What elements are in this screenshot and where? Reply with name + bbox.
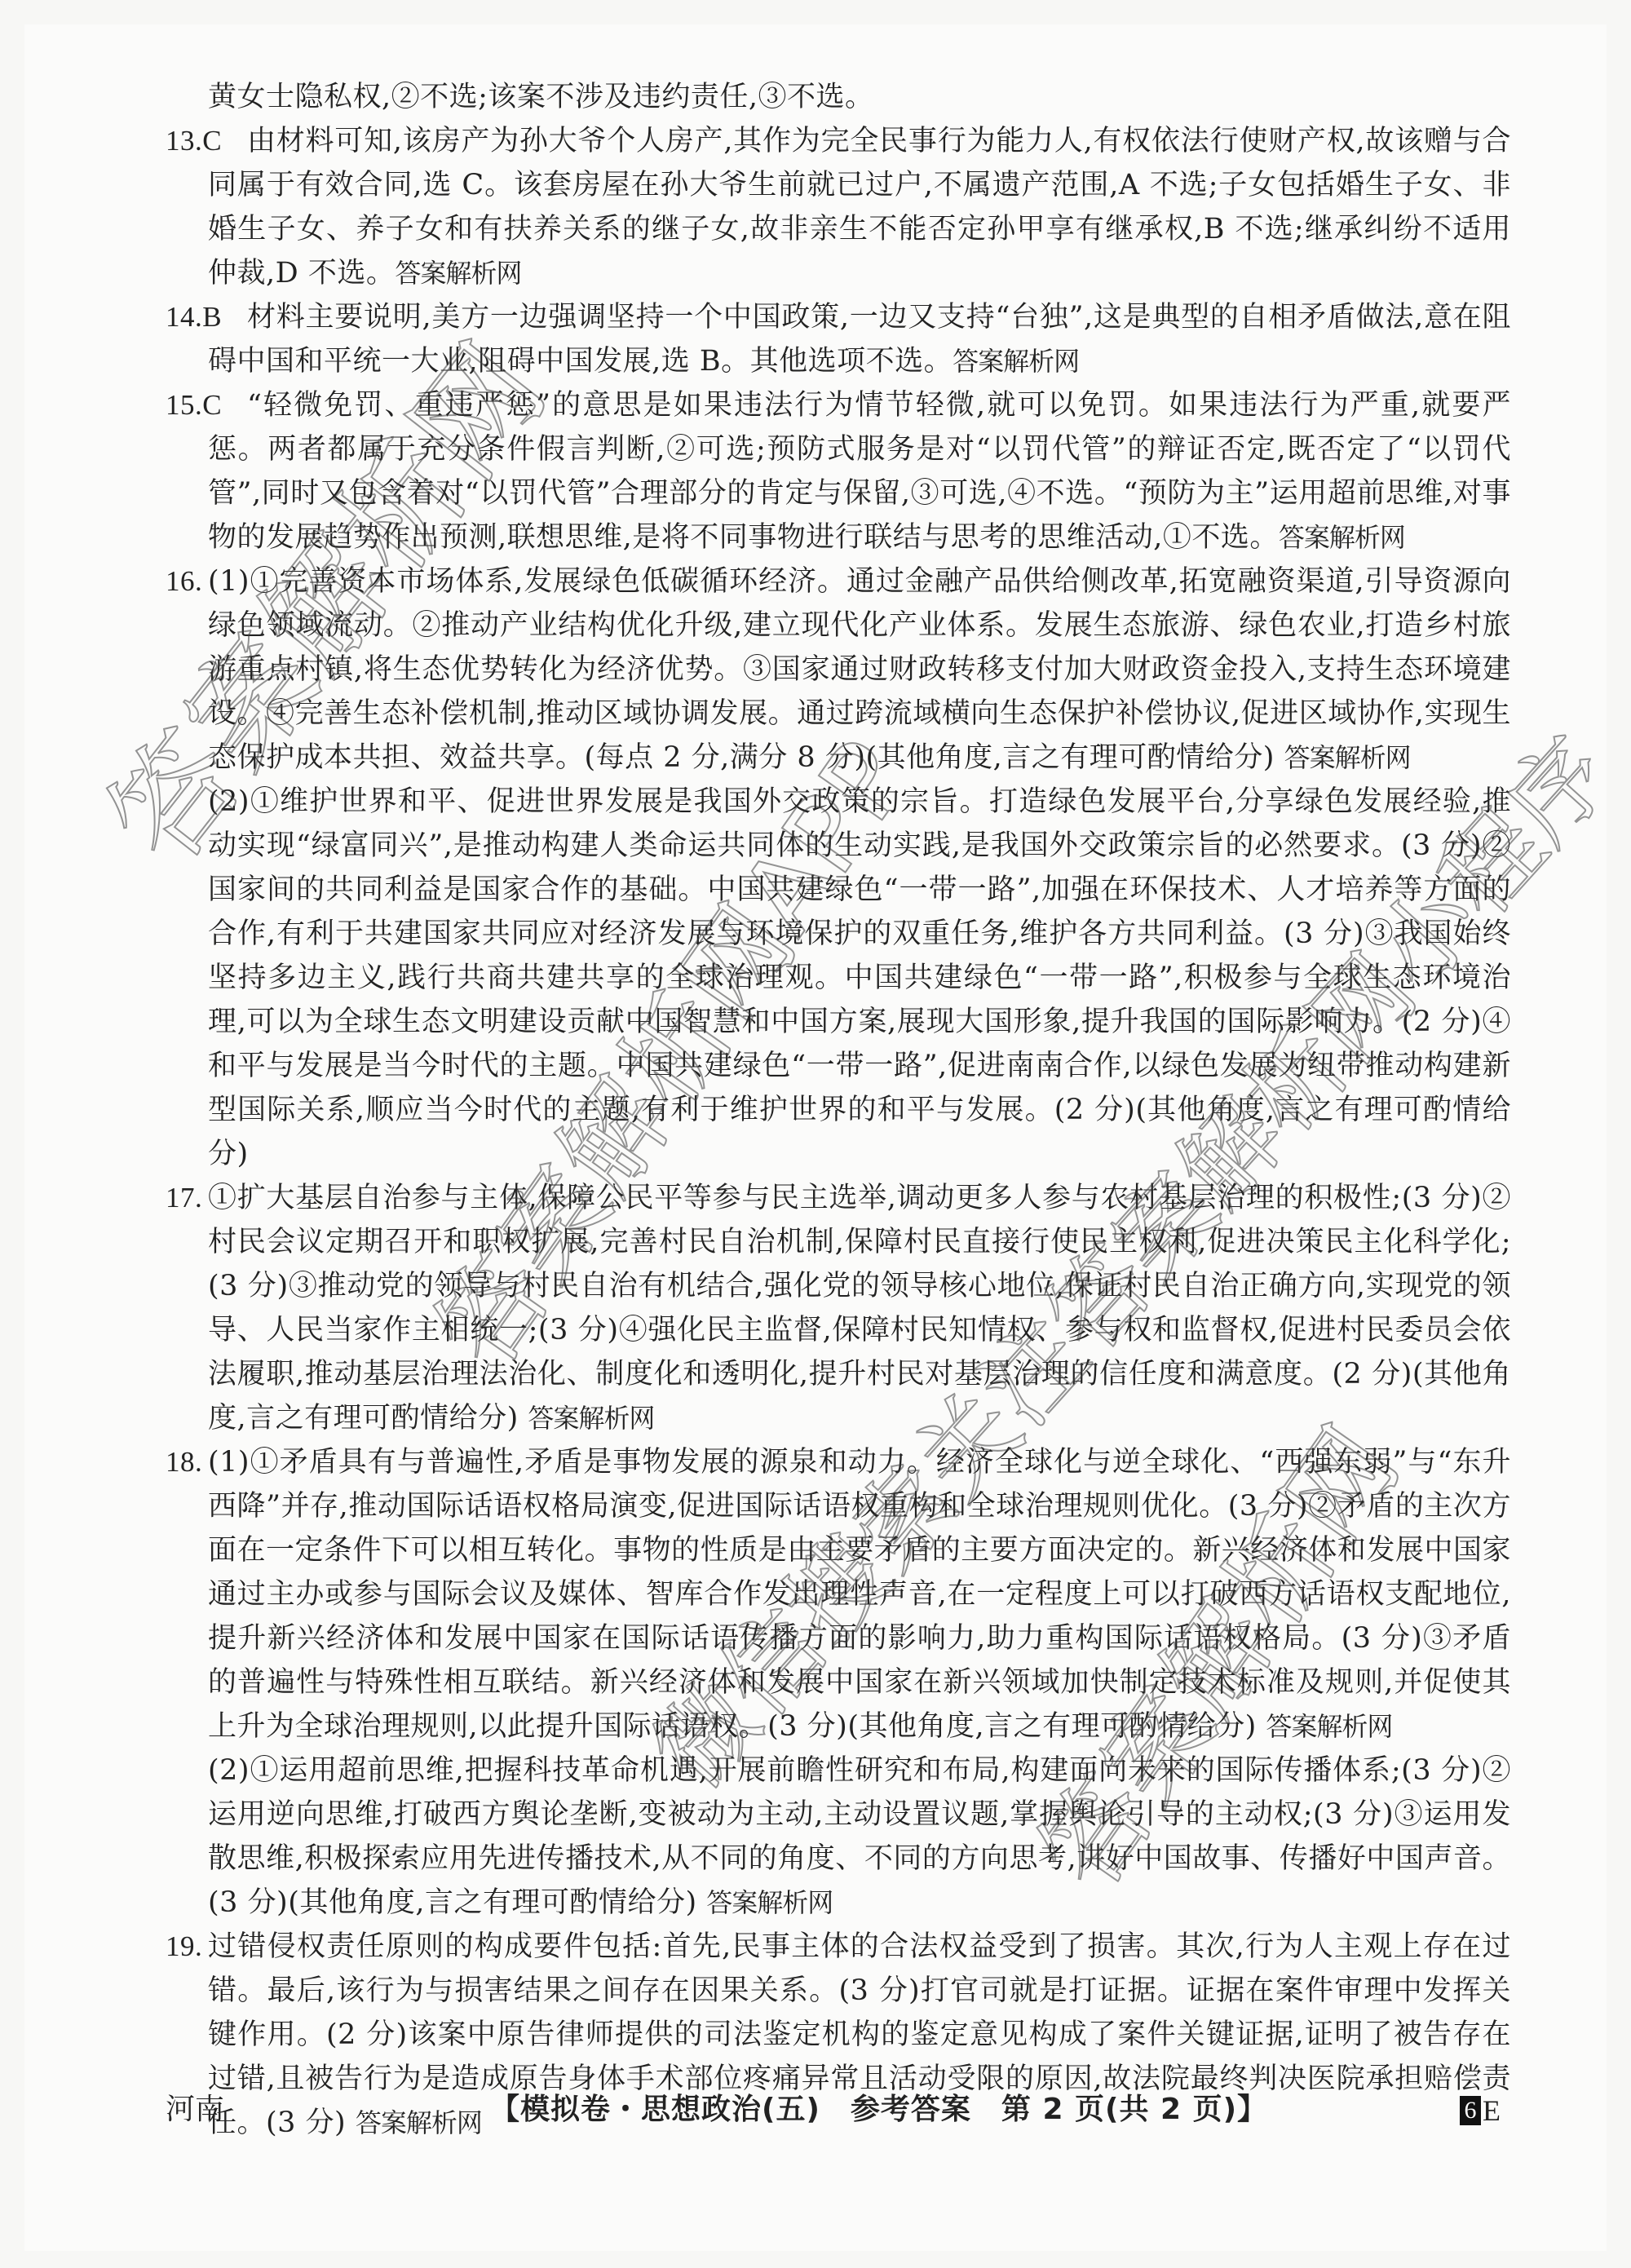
question-number: 15.C	[166, 383, 247, 427]
brand-tag: 答案解析网	[528, 1403, 654, 1434]
answer-18: 18. (1)①矛盾具有与普遍性,矛盾是事物发展的源泉和动力。经济全球化与逆全球…	[166, 1440, 1511, 1925]
page-footer: 河南 【模拟卷・思想政治(五) 参考答案 第 2 页(共 2 页)】 6E	[166, 2088, 1511, 2132]
badge-letter: E	[1483, 2094, 1501, 2127]
answer-part-2: (2)①运用超前思维,把握科技革命机遇,开展前瞻性研究和布局,构建面向未来的国际…	[208, 1754, 1511, 1919]
question-number: 16.	[166, 559, 208, 603]
continued-text: 黄女士隐私权,②不选;该案不涉及违约责任,③不选。	[166, 75, 1511, 119]
brand-tag: 答案解析网	[1284, 742, 1411, 773]
question-number: 13.C	[166, 119, 247, 163]
question-number: 17.	[166, 1176, 208, 1220]
answer-13: 13.C 由材料可知,该房产为孙大爷个人房产,其作为完全民事行为能力人,有权依法…	[166, 119, 1511, 295]
answer-text: 材料主要说明,美方一边强调坚持一个中国政策,一边又支持“台独”,这是典型的自相矛…	[208, 301, 1511, 378]
answer-part-1: (1)①矛盾具有与普遍性,矛盾是事物发展的源泉和动力。经济全球化与逆全球化、“西…	[208, 1446, 1511, 1743]
brand-tag: 答案解析网	[395, 258, 521, 289]
answer-16: 16. (1)①完善资本市场体系,发展绿色低碳循环经济。通过金融产品供给侧改革,…	[166, 559, 1511, 1176]
brand-tag: 答案解析网	[953, 346, 1079, 377]
exam-title: 【模拟卷・思想政治(五) 参考答案 第 2 页(共 2 页)】	[490, 2088, 1267, 2132]
answer-14: 14.B 材料主要说明,美方一边强调坚持一个中国政策,一边又支持“台独”,这是典…	[166, 295, 1511, 383]
version-badge: 6E	[1460, 2088, 1501, 2133]
brand-tag: 答案解析网	[1266, 1711, 1392, 1742]
answer-17: 17. ①扩大基层自治参与主体,保障公民平等参与民主选举,调动更多人参与农村基层…	[166, 1176, 1511, 1440]
brand-tag: 答案解析网	[1279, 522, 1405, 553]
answer-15: 15.C “轻微免罚、重违严惩”的意思是如果违法行为情节轻微,就可以免罚。如果违…	[166, 383, 1511, 559]
question-number: 19.	[166, 1925, 208, 1969]
region-label: 河南	[166, 2088, 224, 2132]
question-number: 18.	[166, 1440, 208, 1484]
answer-part-2: (2)①维护世界和平、促进世界发展是我国外交政策的宗旨。打造绿色发展平台,分享绿…	[208, 780, 1511, 1176]
badge-number: 6	[1460, 2096, 1481, 2125]
answer-text: ①扩大基层自治参与主体,保障公民平等参与民主选举,调动更多人参与农村基层治理的积…	[208, 1182, 1511, 1435]
answer-key-body: 黄女士隐私权,②不选;该案不涉及违约责任,③不选。 13.C 由材料可知,该房产…	[166, 75, 1511, 2145]
question-number: 14.B	[166, 295, 247, 339]
brand-tag: 答案解析网	[706, 1887, 833, 1918]
